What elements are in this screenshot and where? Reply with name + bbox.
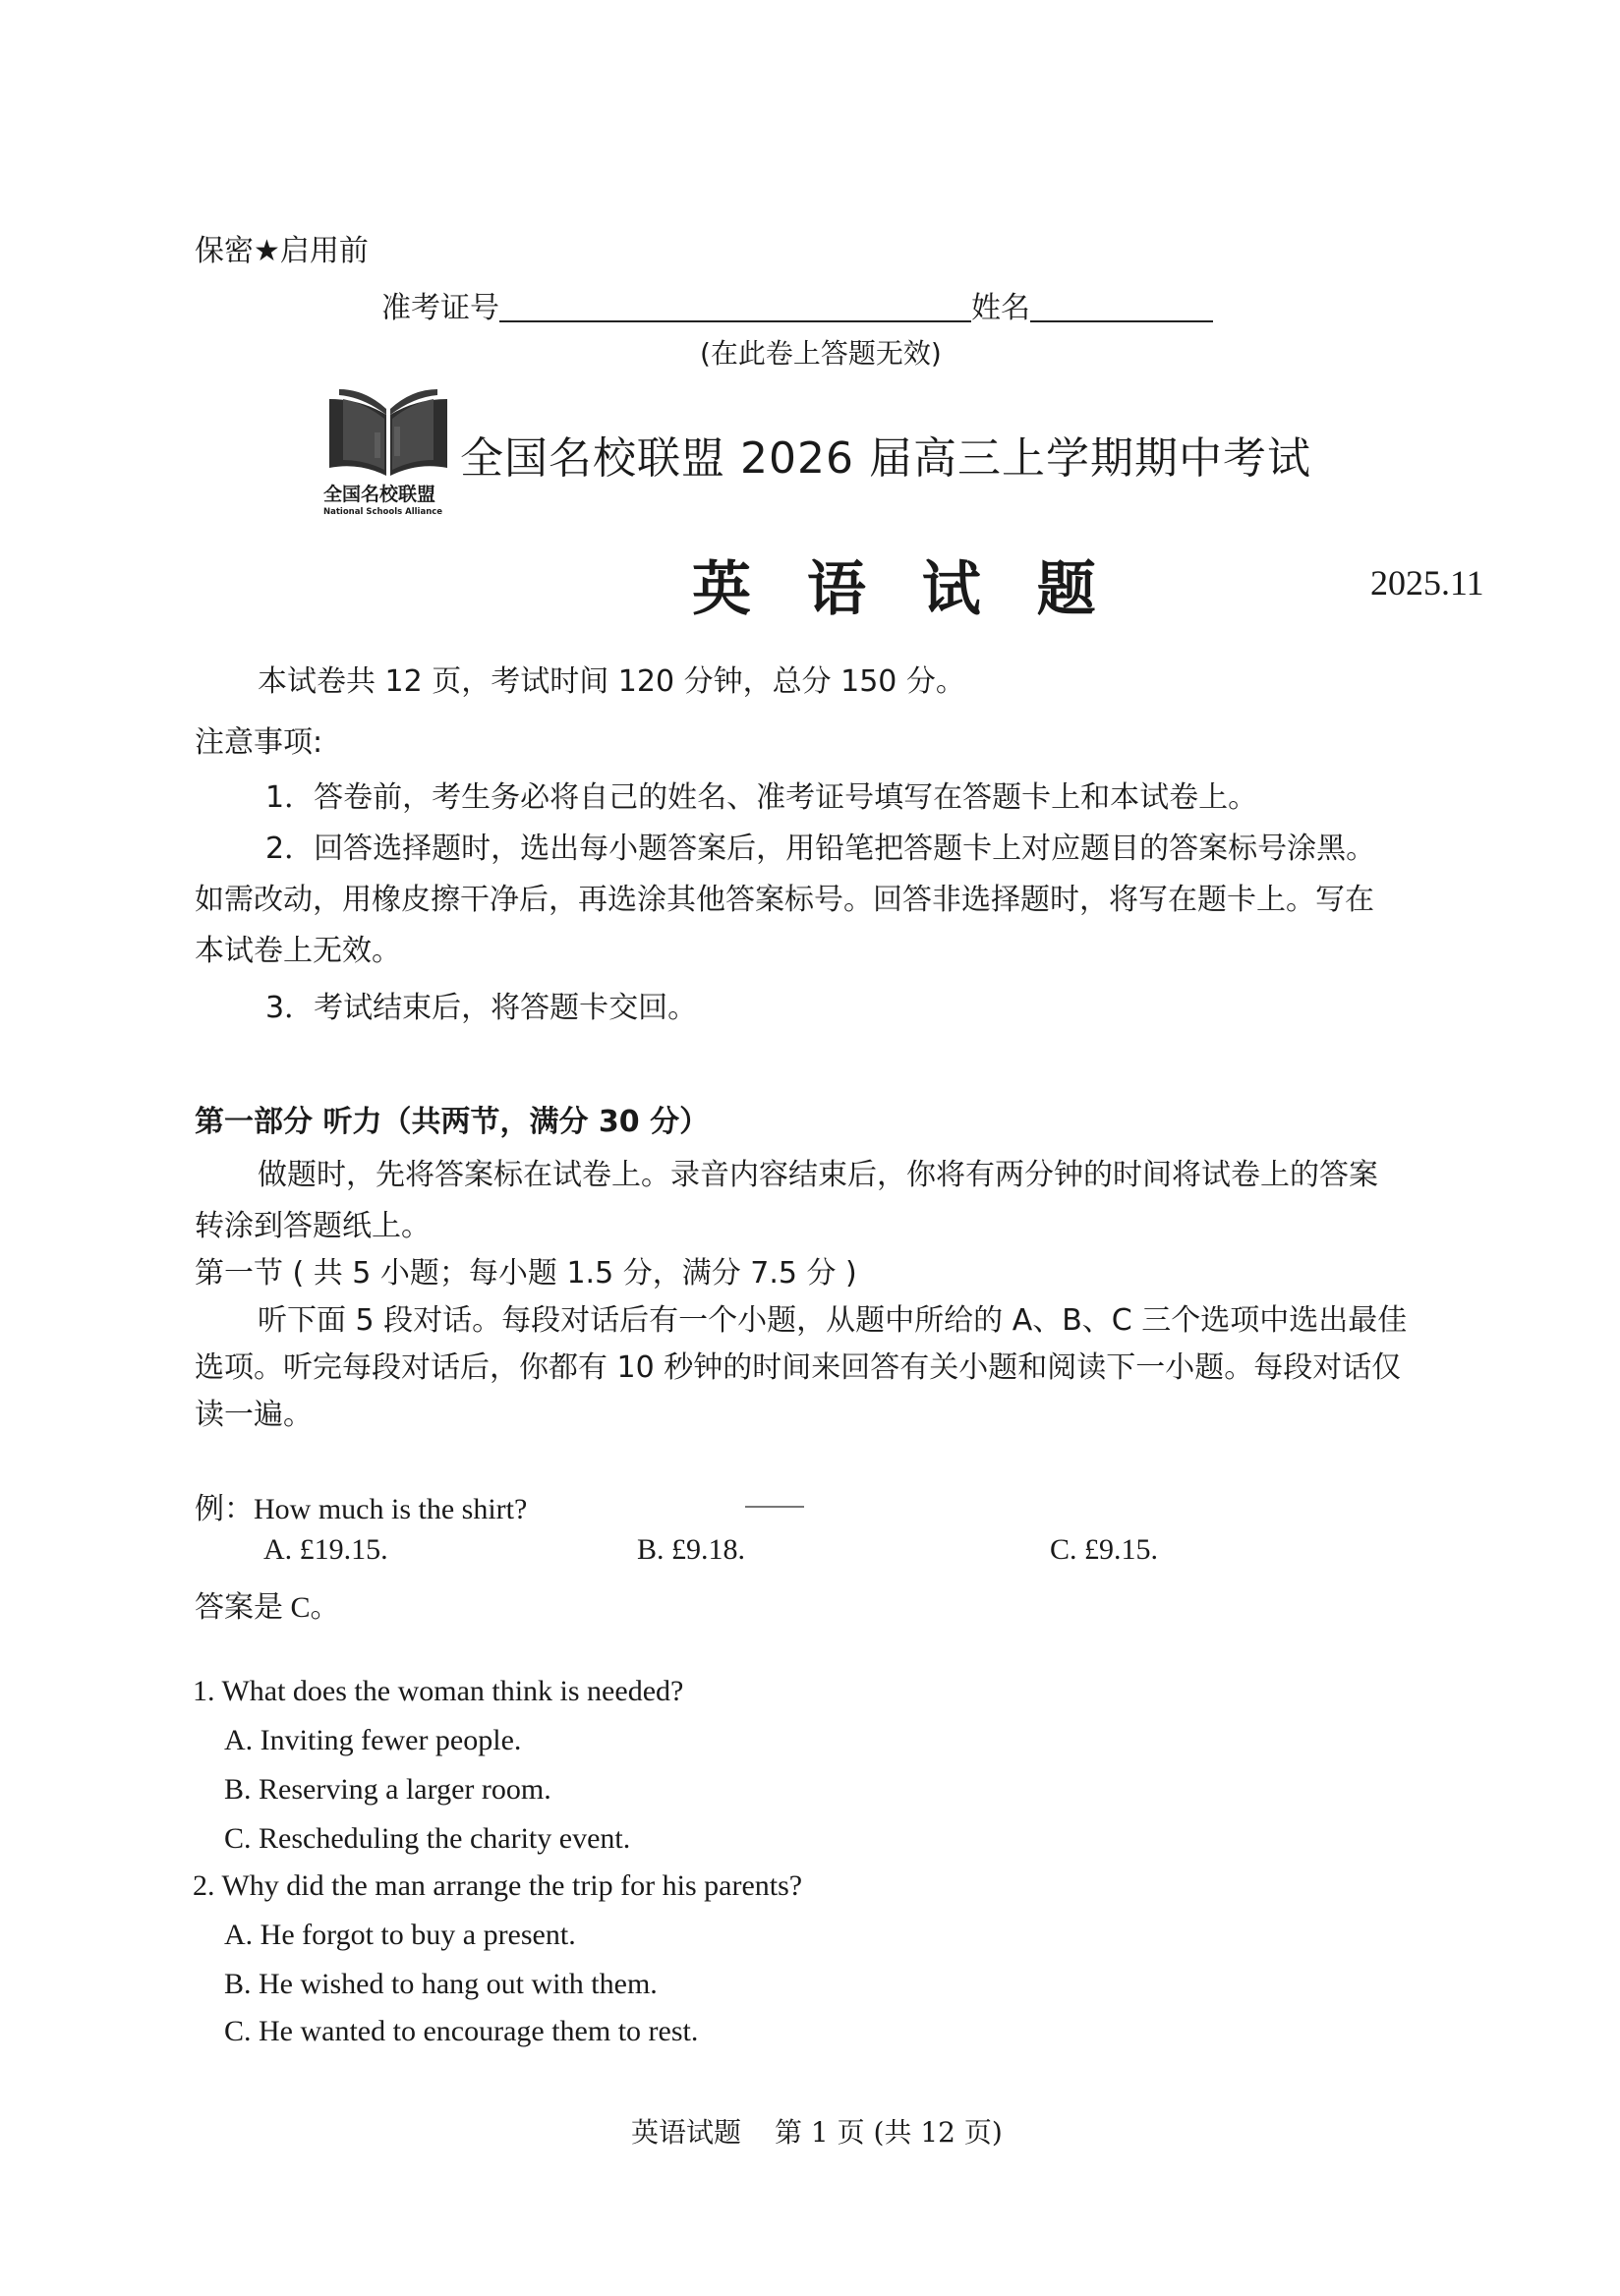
exam-date: 2025.11	[1370, 562, 1484, 603]
page-footer: 英语试题第 1 页 (共 12 页)	[631, 2111, 1003, 2151]
section1-instruction: 读一遍。	[195, 1390, 313, 1433]
note-item-1: 1．答卷前，考生务必将自己的姓名、准考证号填写在答题卡上和本试卷上。	[265, 773, 1257, 816]
scan-mark	[745, 1506, 804, 1508]
exam-title: 全国名校联盟 2026 届高三上学期期中考试	[460, 423, 1311, 486]
question-1-option-a: A. Inviting fewer people.	[224, 1724, 521, 1757]
note-item-2-cont: 本试卷上无效。	[195, 926, 401, 969]
candidate-id-label: 准考证号	[381, 283, 499, 326]
example-option-a: A. £19.15.	[263, 1533, 388, 1567]
question-2-option-a: A. He forgot to buy a present.	[224, 1919, 576, 1952]
question-2: 2. Why did the man arrange the trip for …	[193, 1869, 802, 1903]
section1-instruction: 听下面 5 段对话。每段对话后有一个小题，从题中所给的 A、B、C 三个选项中选…	[258, 1295, 1407, 1339]
question-1: 1. What does the woman think is needed?	[193, 1675, 683, 1708]
example-question: 例：How much is the shirt?	[195, 1484, 527, 1527]
subject-title: 英 语 试 题	[692, 543, 1114, 627]
invalid-note: (在此卷上答题无效)	[700, 332, 942, 372]
logo-en-text: National Schools Alliance	[323, 507, 442, 517]
note-item-2: 2．回答选择题时，选出每小题答案后，用铅笔把答题卡上对应题目的答案标号涂黑。	[265, 824, 1375, 867]
footer-subject: 英语试题	[631, 2116, 741, 2149]
example-option-c: C. £9.15.	[1050, 1533, 1158, 1567]
confidential-label: 保密★启用前	[195, 226, 369, 269]
question-1-option-b: B. Reserving a larger room.	[224, 1773, 551, 1807]
exam-intro: 本试卷共 12 页，考试时间 120 分钟，总分 150 分。	[258, 657, 965, 700]
note-item-3: 3．考试结束后，将答题卡交回。	[265, 983, 697, 1026]
notes-title: 注意事项:	[195, 717, 322, 761]
alliance-logo: 全国名校联盟 National Schools Alliance	[319, 385, 457, 528]
part1-instruction: 转涂到答题纸上。	[195, 1201, 431, 1244]
note-item-2-cont: 如需改动，用橡皮擦干净后，再选涂其他答案标号。回答非选择题时，将写在题卡上。写在	[195, 875, 1374, 918]
section1-instruction: 选项。听完每段对话后，你都有 10 秒钟的时间来回答有关小题和阅读下一小题。每段…	[195, 1343, 1401, 1386]
open-book-icon	[325, 385, 451, 476]
name-field[interactable]	[1030, 293, 1213, 322]
question-2-option-b: B. He wished to hang out with them.	[224, 1968, 658, 2001]
example-option-b: B. £9.18.	[637, 1533, 745, 1567]
example-answer: 答案是 C。	[195, 1582, 340, 1626]
candidate-info-line: 准考证号 姓名	[381, 283, 1213, 326]
question-1-option-c: C. Rescheduling the charity event.	[224, 1822, 630, 1856]
part1-title: 第一部分 听力（共两节，满分 30 分）	[195, 1097, 709, 1140]
part1-instruction: 做题时，先将答案标在试卷上。录音内容结束后，你将有两分钟的时间将试卷上的答案	[258, 1150, 1378, 1193]
question-2-option-c: C. He wanted to encourage them to rest.	[224, 2015, 698, 2048]
candidate-id-field[interactable]	[499, 293, 971, 322]
footer-page-number: 第 1 页 (共 12 页)	[775, 2116, 1003, 2149]
name-label: 姓名	[971, 283, 1030, 326]
section1-title: 第一节 ( 共 5 小题；每小题 1.5 分，满分 7.5 分 )	[195, 1248, 857, 1291]
logo-cn-text: 全国名校联盟	[323, 480, 435, 506]
